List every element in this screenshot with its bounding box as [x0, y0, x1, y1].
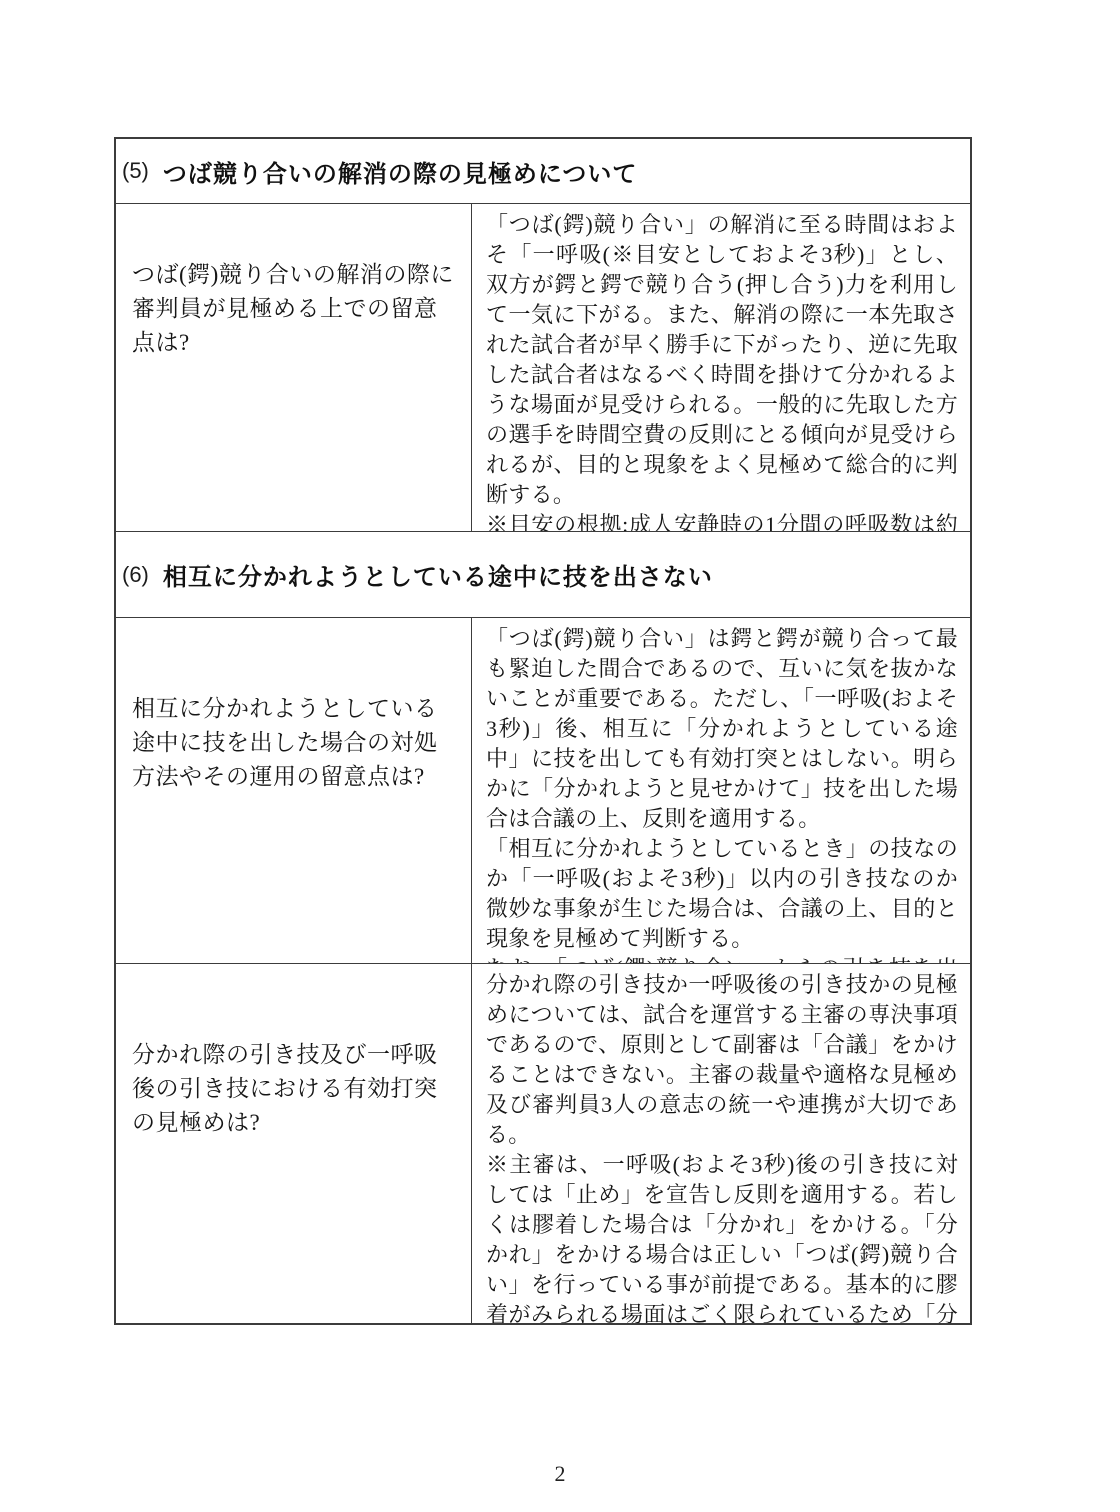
document-page: (5) つば競り合いの解消の際の見極めについて つば(鍔)競り合いの解消の際に審…	[0, 0, 1120, 1512]
qa-row: つば(鍔)競り合いの解消の際に審判員が見極める上での留意点は? 「つば(鍔)競り…	[116, 203, 970, 531]
qa-row: 相互に分かれようとしている途中に技を出した場合の対処方法やその運用の留意点は? …	[116, 617, 970, 963]
section-header-5: (5) つば競り合いの解消の際の見極めについて	[116, 139, 970, 203]
answer-paragraph: ※目安の根拠:成人安静時の1分間の呼吸数は約12回から20回とされていることを参…	[486, 510, 958, 531]
question-cell: つば(鍔)競り合いの解消の際に審判員が見極める上での留意点は?	[116, 204, 472, 531]
section-header-6: (6) 相互に分かれようとしている途中に技を出さない	[116, 531, 970, 617]
qa-table: (5) つば競り合いの解消の際の見極めについて つば(鍔)競り合いの解消の際に審…	[114, 137, 972, 1325]
answer-paragraph: 分かれ際の引き技か一呼吸後の引き技かの見極めについては、試合を運営する主審の専決…	[486, 970, 958, 1150]
answer-paragraph: ※主審は、一呼吸(およそ3秒)後の引き技に対しては「止め」を宣告し反則を適用する…	[486, 1150, 958, 1323]
answer-cell: 分かれ際の引き技か一呼吸後の引き技かの見極めについては、試合を運営する主審の専決…	[472, 964, 970, 1323]
question-cell: 相互に分かれようとしている途中に技を出した場合の対処方法やその運用の留意点は?	[116, 618, 472, 963]
answer-paragraph: なお、「つば(鍔)競り合い」からの引き技を出す場合は「一呼吸(およそ3秒)」以内…	[486, 954, 958, 963]
answer-paragraph: 「つば(鍔)競り合い」は鍔と鍔が競り合って最も緊迫した間合であるので、互いに気を…	[486, 624, 958, 834]
qa-row: 分かれ際の引き技及び一呼吸後の引き技における有効打突の見極めは? 分かれ際の引き…	[116, 963, 970, 1323]
section-title: 相互に分かれようとしている途中に技を出さない	[163, 557, 713, 592]
answer-paragraph: 「相互に分かれようとしているとき」の技なのか「一呼吸(およそ3秒)」以内の引き技…	[486, 834, 958, 954]
section-number: (6)	[122, 562, 149, 588]
section-title: つば競り合いの解消の際の見極めについて	[163, 154, 638, 189]
page-number: 2	[0, 1461, 1120, 1487]
answer-cell: 「つば(鍔)競り合い」は鍔と鍔が競り合って最も緊迫した間合であるので、互いに気を…	[472, 618, 970, 963]
section-number: (5)	[122, 158, 149, 184]
question-cell: 分かれ際の引き技及び一呼吸後の引き技における有効打突の見極めは?	[116, 964, 472, 1323]
answer-paragraph: 「つば(鍔)競り合い」の解消に至る時間はおよそ「一呼吸(※目安としておよそ3秒)…	[486, 210, 958, 510]
answer-cell: 「つば(鍔)競り合い」の解消に至る時間はおよそ「一呼吸(※目安としておよそ3秒)…	[472, 204, 970, 531]
